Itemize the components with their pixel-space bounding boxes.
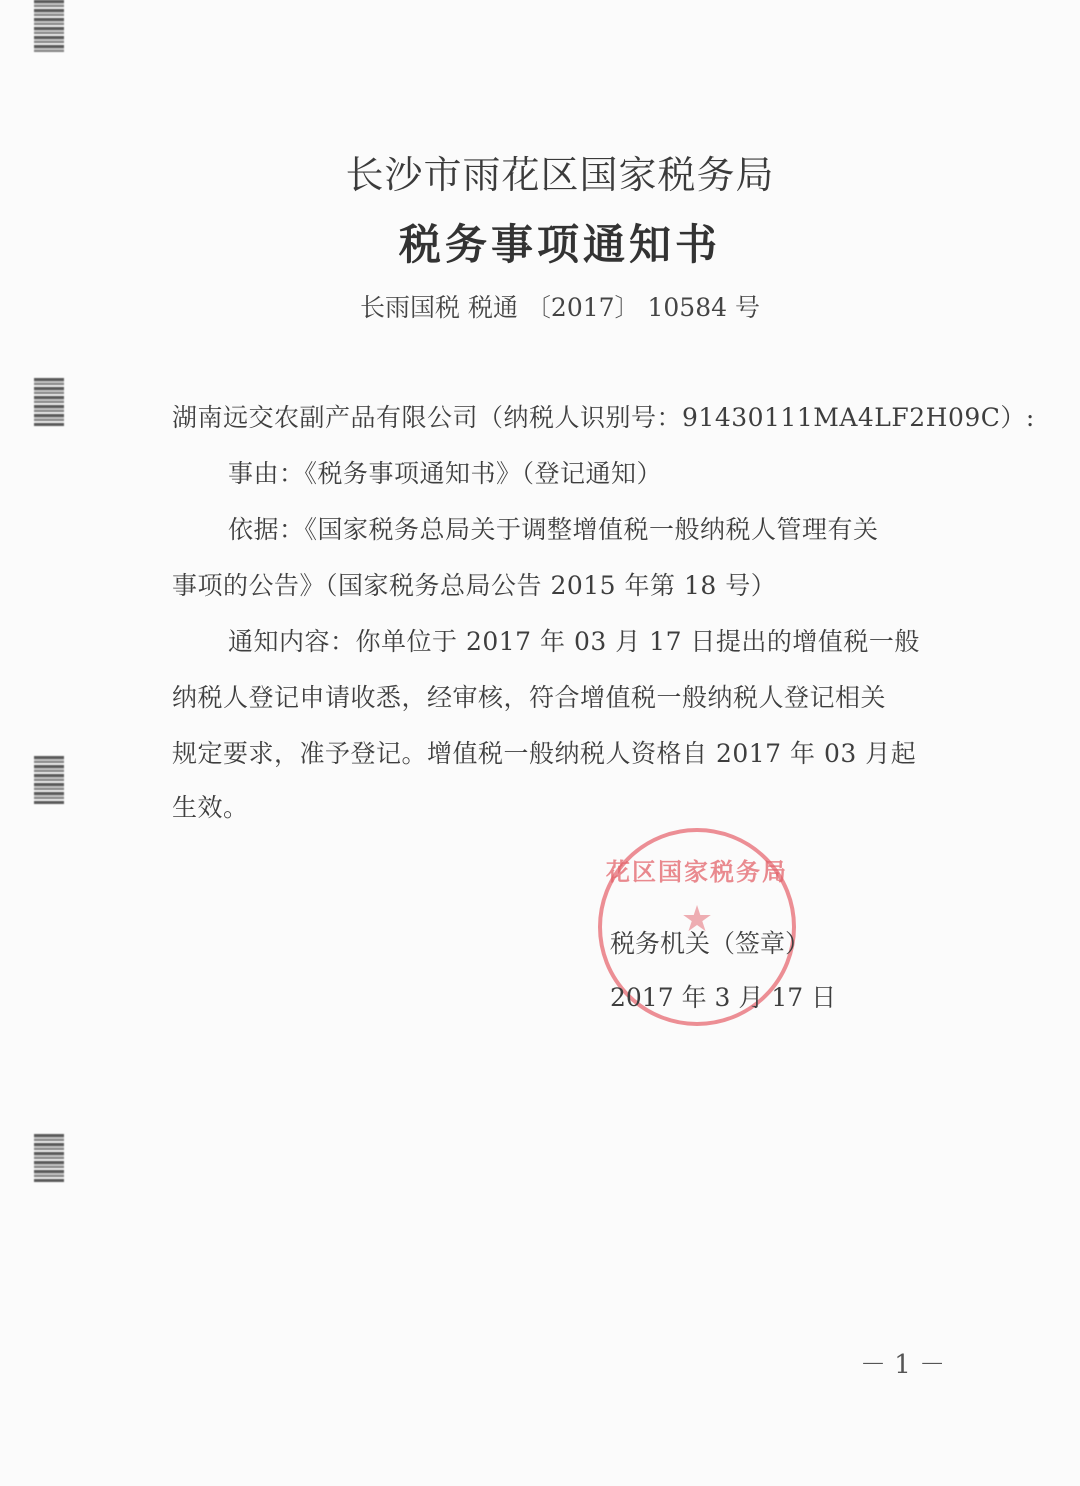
recipient-line: 湖南远交农副产品有限公司（纳税人识别号：91430111MA4LF2H09C）: [172,398,1035,434]
issuer-heading: 长沙市雨花区国家税务局 [0,144,1080,199]
scan-punch-mark [34,0,64,52]
subject-line: 事由：《税务事项通知书》（登记通知） [228,454,662,490]
document-number: 长雨国税 税通 〔2017〕 10584 号 [0,288,1080,324]
page-number: － 1 － [860,1344,945,1381]
scan-punch-mark [34,378,64,426]
basis-line-2: 事项的公告》（国家税务总局公告 2015 年第 18 号） [172,566,776,602]
issue-date: 2017 年 3 月 17 日 [610,978,836,1014]
signature-label: 税务机关（签章） [610,924,810,960]
basis-line-1: 依据：《国家税务总局关于调整增值税一般纳税人管理有关 [228,510,879,546]
content-line-3: 规定要求，准予登记。增值税一般纳税人资格自 2017 年 03 月起 [172,734,916,770]
content-line-4: 生效。 [172,788,249,824]
content-line-1: 通知内容：你单位于 2017 年 03 月 17 日提出的增值税一般 [228,622,920,658]
scan-punch-mark [34,756,64,804]
content-line-2: 纳税人登记申请收悉，经审核，符合增值税一般纳税人登记相关 [172,678,886,714]
scan-punch-mark [34,1134,64,1182]
document-title: 税务事项通知书 [0,212,1080,272]
